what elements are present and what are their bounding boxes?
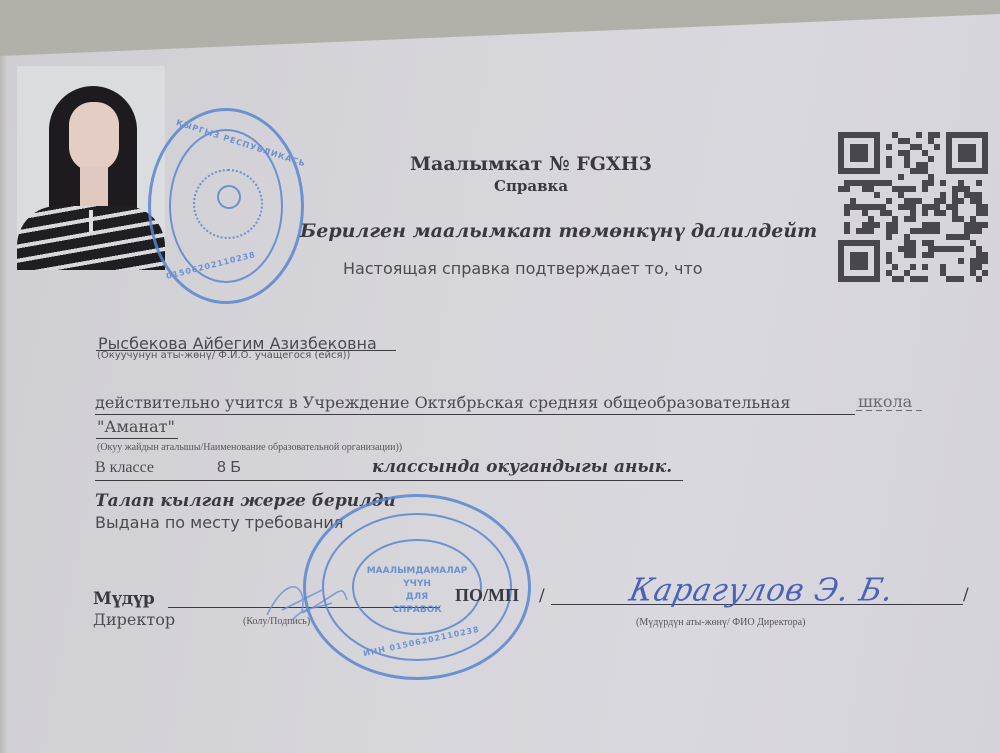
school-underline (95, 414, 855, 415)
certificate-subtitle: Справка (494, 177, 568, 195)
kg-director-label: Мүдүр (93, 589, 155, 609)
class-label: В классе (95, 459, 154, 477)
student-photo (17, 66, 165, 270)
kg-intro-text: Берилген маалымкат төмөнкүнү далилдейт (300, 220, 817, 242)
ru-director-label: Директор (93, 610, 175, 629)
school-statement: действительно учится в Учреждение Октябр… (95, 393, 790, 412)
school-word: школа (858, 392, 912, 411)
class-underline (95, 480, 683, 481)
director-name-caption: (Мүдүрдүн аты-жөнү/ ФИО Директора) (636, 617, 805, 628)
kg-issued-text: Талап кылган жерге берилди (95, 491, 396, 511)
director-name-handwritten: Карагулов Э. Б. (626, 572, 897, 609)
kyrgyz-emblem-icon (193, 169, 263, 239)
slash-right: / (963, 585, 969, 605)
school-word-underline (856, 410, 924, 411)
paper-edge (0, 0, 8, 753)
organization-caption: (Окуу жайдын аталышы/Наименование образо… (97, 442, 402, 453)
school-name: "Аманат" (97, 417, 175, 436)
kg-class-text: классында окугандыгы анык. (372, 457, 672, 477)
student-name-caption: (Окуучунун аты-жөнү/ Ф.И.О. учащегося (е… (97, 350, 350, 361)
ru-intro-text: Настоящая справка подтверждает то, что (343, 259, 703, 278)
school-name-underline (96, 438, 178, 439)
slash-left: / (539, 586, 545, 606)
qr-code (838, 128, 988, 286)
class-value: 8 Б (217, 459, 241, 477)
seal-label: ПО/МП (455, 585, 519, 606)
ru-issued-text: Выдана по месту требования (95, 513, 343, 532)
certificate-title: Маалымкат № FGXH3 (410, 153, 652, 175)
school-stamp-top: КЫРГЫЗ РЕСПУБЛИКАСЫ 01506202110238 (148, 108, 304, 304)
